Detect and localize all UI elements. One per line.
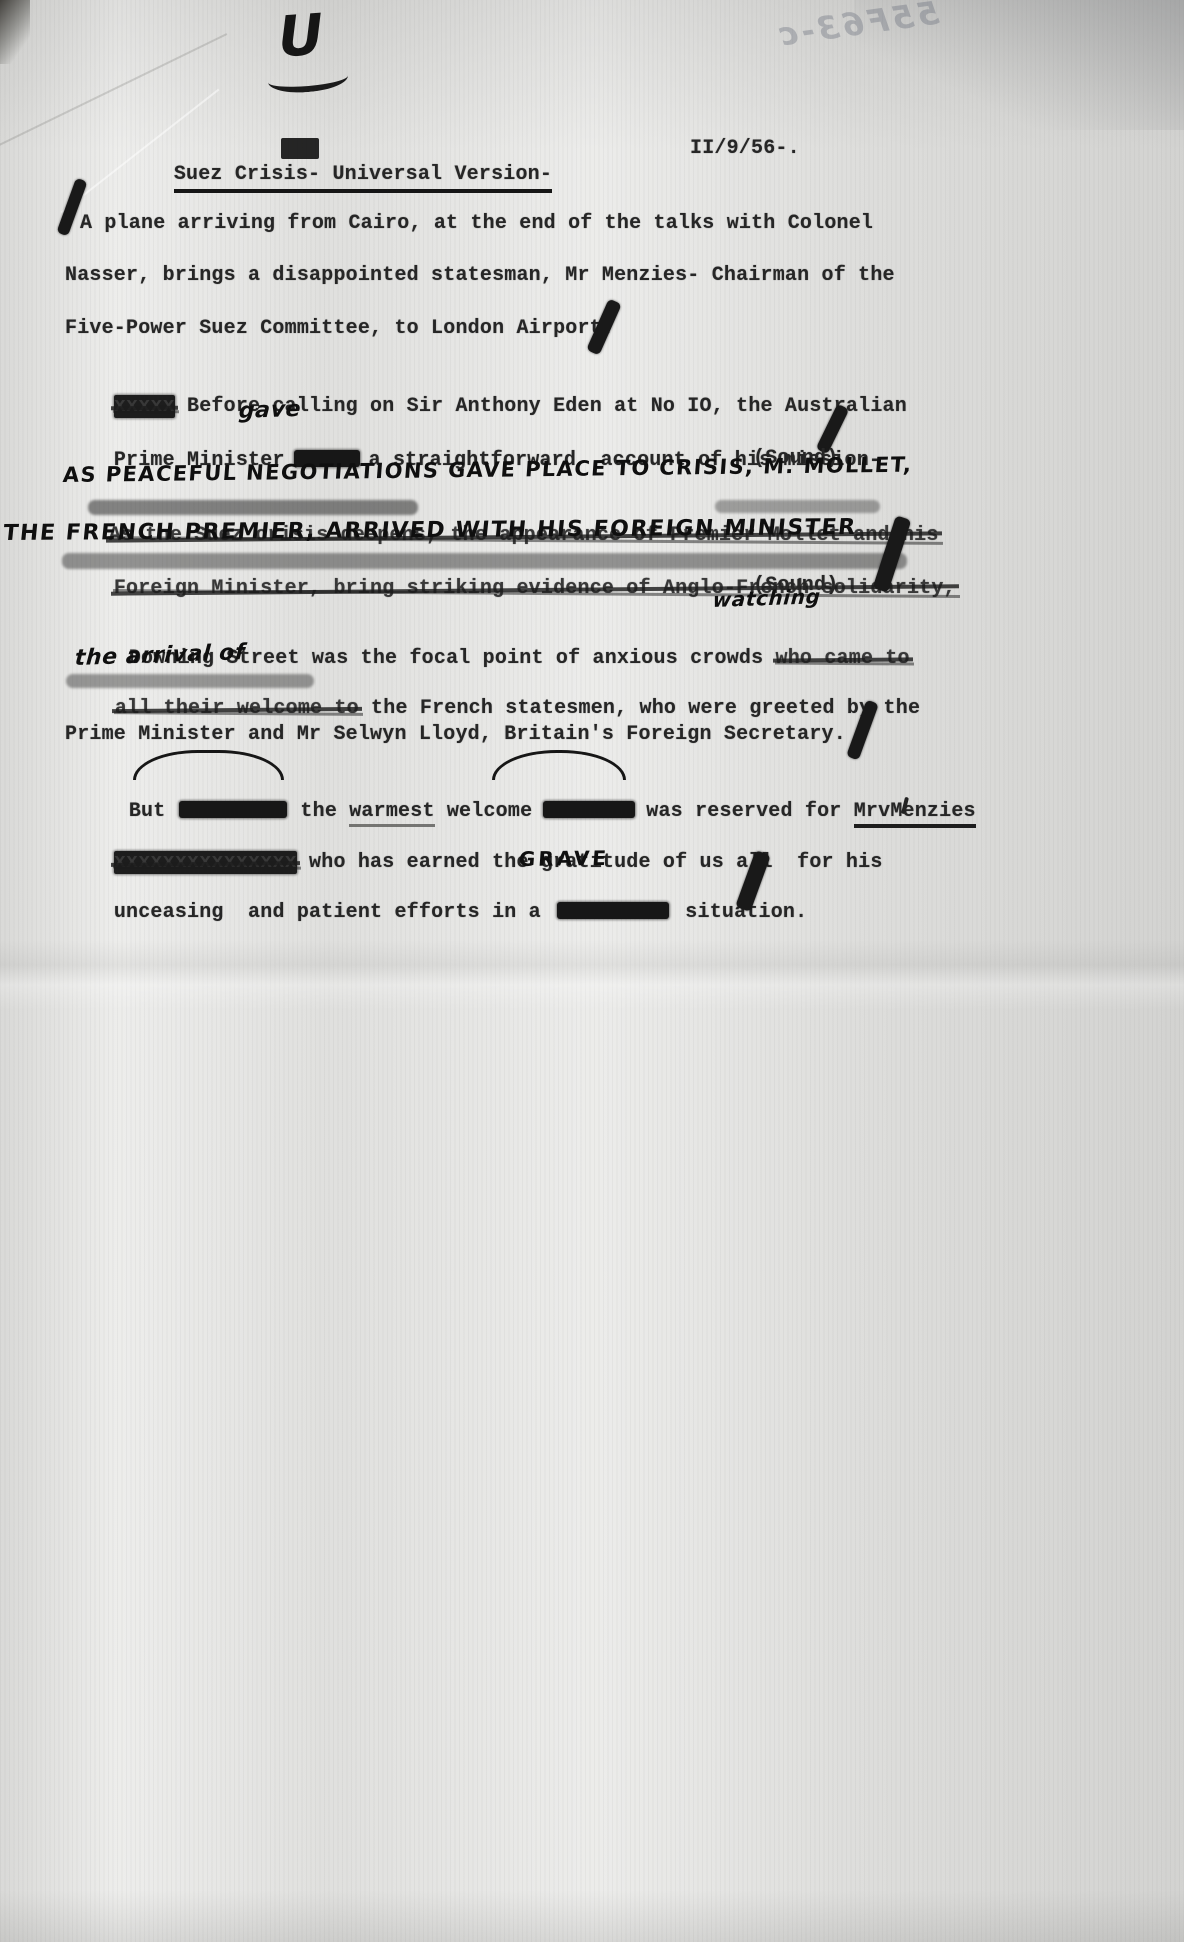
para4-line1-mid2: welcome xyxy=(435,800,533,823)
para3-line2-post: the French statesmen, who were greeted b… xyxy=(359,697,920,720)
para4-line1-post: was reserved for xyxy=(646,800,853,823)
redaction-blob xyxy=(543,801,635,818)
crossed-out-word: xxxxx xyxy=(114,395,175,418)
document-title-text: Suez Crisis- Universal Version- xyxy=(174,163,552,193)
para4-line1-pre: But xyxy=(129,800,166,823)
ink-smear xyxy=(88,500,418,515)
redaction-blob xyxy=(557,902,669,919)
underlined-word: warmest xyxy=(349,800,434,827)
para4-line3-pre: unceasing and patient efforts in a xyxy=(114,901,553,924)
struck-text: all their welcome to xyxy=(115,697,359,720)
handwritten-correction-gave: gave xyxy=(238,397,302,424)
para4-line3: unceasing and patient efforts in a situa… xyxy=(65,874,807,952)
para1-line1: A plane arriving from Cairo, at the end … xyxy=(80,211,873,237)
paper-corner-shadow xyxy=(0,0,30,64)
para3-line3: Prime Minister and Mr Selwyn Lloyd, Brit… xyxy=(65,722,846,748)
paper-crease xyxy=(0,33,227,149)
redaction-blob xyxy=(179,801,287,818)
struck-text: who came to xyxy=(776,647,910,670)
ink-smear xyxy=(66,674,314,688)
crossed-out-word: xxxxxxxxxxxxxxx xyxy=(114,851,297,874)
para4-line1-mid1: the xyxy=(300,800,349,823)
classification-mark-underline xyxy=(267,63,349,96)
document-date: II/9/56-. xyxy=(690,136,800,162)
scanned-script-page: U 55F63-c Suez Crisis- Universal Version… xyxy=(0,0,1184,1942)
ink-overstrike-blob xyxy=(281,138,319,159)
handwritten-correction-watching: watching xyxy=(712,584,821,612)
ink-smear xyxy=(715,500,880,513)
para1-line3: Five-Power Suez Committee, to London Air… xyxy=(65,316,614,342)
para1-line2: Nasser, brings a disappointed statesman,… xyxy=(65,263,895,289)
ink-smear xyxy=(62,553,907,569)
handwritten-correction-grave: GRAVE xyxy=(518,846,610,871)
document-title: Suez Crisis- Universal Version- xyxy=(125,136,552,214)
classification-mark: U xyxy=(276,2,326,70)
